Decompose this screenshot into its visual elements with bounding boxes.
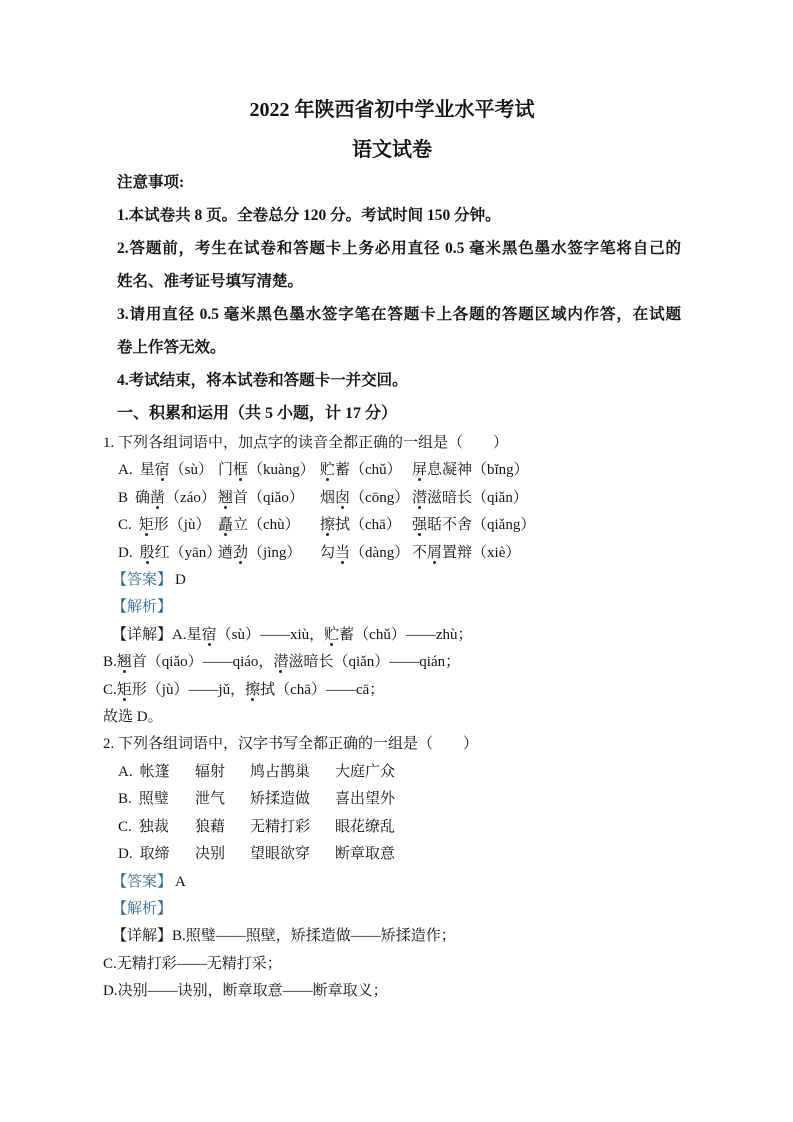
notice-section: 注意事项: 1.本试卷共 8 页。全卷总分 120 分。考试时间 150 分钟。… — [103, 166, 681, 397]
option-term: 不屑置辩（xiè） — [412, 540, 520, 567]
option-term: 决别 — [195, 841, 250, 868]
q1-option-row-d: D.殷红（yān）遒劲（jìng）勾当（dàng）不屑置辩（xiè） — [103, 540, 681, 567]
notice-line: 2.答题前，考生在试卷和答题卡上务必用直径 0.5 毫米黑色墨水签字笔将自己的 — [117, 232, 681, 265]
option-term: 强聒不舍（qiǎng） — [412, 512, 535, 539]
analysis-label: 【解析】 — [112, 599, 172, 615]
analysis-label: 【解析】 — [112, 901, 172, 917]
detail-text: D.决别——诀别，断章取意——断章取义； — [103, 983, 388, 999]
option-term: 矗立（chù） — [218, 512, 320, 539]
q1-detail-line: B.翘首（qiǎo）——qiáo，潜滋暗长（qiǎn）——qián； — [103, 649, 681, 676]
section-heading: 一、积累和运用（共 5 小题，计 17 分） — [103, 397, 681, 430]
q2-detail-line: 【详解】B.照璧——照壁，矫揉造做——矫揉造作； — [103, 923, 681, 950]
option-term: 望眼欲穿 — [250, 841, 335, 868]
option-label: D. — [118, 846, 133, 862]
option-term: 星宿（sù） — [140, 462, 213, 478]
detail-text: B.照璧——照壁，矫揉造做——矫揉造作； — [172, 928, 456, 944]
q1-analysis-line: 【解析】 — [103, 594, 681, 621]
option-term: 矫揉造做 — [250, 786, 335, 813]
q2-option-row-b: B.照璧泄气矫揉造做喜出望外 — [103, 786, 681, 813]
question-2-stem: 2. 下列各组词语中，汉字书写全都正确的一组是（ ） — [103, 731, 681, 758]
option-term: 门框（kuàng） — [218, 457, 320, 484]
option-term: 翘首（qiǎo） — [218, 485, 320, 512]
q1-answer-line: 【答案】D — [103, 567, 681, 594]
option-term: 断章取意 — [335, 841, 395, 868]
option-term: 大庭广众 — [335, 759, 395, 786]
q1-conclusion-line: 故选 D。 — [103, 704, 681, 731]
option-term: 勾当（dàng） — [320, 540, 412, 567]
option-label: C. — [118, 819, 132, 835]
document-page: 2022 年陕西省初中学业水平考试 语文试卷 注意事项: 1.本试卷共 8 页。… — [0, 0, 793, 1122]
question-1-stem: 1. 下列各组词语中，加点字的读音全都正确的一组是（ ） — [103, 430, 681, 457]
option-label: B. — [118, 791, 132, 807]
option-label: A. — [118, 764, 133, 780]
notice-line: 4.考试结束，将本试卷和答题卡一并交回。 — [117, 364, 681, 397]
option-term: 烟囱（cōng） — [320, 485, 412, 512]
q1-detail-line: 【详解】A.星宿（sù）——xiù，贮蓄（chǔ）——zhù； — [103, 622, 681, 649]
option-term: 取缔 — [140, 846, 170, 862]
q1-detail-line: C.矩形（jù）——jǔ，擦拭（chā）——cā； — [103, 677, 681, 704]
option-label: B — [118, 490, 128, 506]
option-term: 确凿（záo） — [135, 490, 216, 506]
notice-heading: 注意事项: — [117, 166, 681, 199]
q2-analysis-line: 【解析】 — [103, 896, 681, 923]
detail-text: C.矩形（jù）——jǔ，擦拭（chā）——cā； — [103, 682, 384, 698]
answer-value: A — [175, 874, 186, 890]
option-term: 泄气 — [195, 786, 250, 813]
option-term: 贮蓄（chǔ） — [320, 457, 412, 484]
notice-line: 1.本试卷共 8 页。全卷总分 120 分。考试时间 150 分钟。 — [117, 199, 681, 232]
q2-answer-line: 【答案】A — [103, 869, 681, 896]
q2-option-row-c: C.独裁狼藉无精打彩眼花缭乱 — [103, 814, 681, 841]
q2-detail-line: D.决别——诀别，断章取意——断章取义； — [103, 978, 681, 1005]
notice-line: 卷上作答无效。 — [117, 331, 681, 364]
option-label: A. — [118, 462, 133, 478]
detail-text: A.星宿（sù）——xiù，贮蓄（chǔ）——zhù； — [172, 627, 472, 643]
option-term: 眼花缭乱 — [335, 814, 395, 841]
option-term: 狼藉 — [195, 814, 250, 841]
detail-text: C.无精打彩——无精打采； — [103, 956, 282, 972]
option-term: 潜滋暗长（qiǎn） — [412, 485, 528, 512]
option-term: 鸠占鹊巢 — [250, 759, 335, 786]
option-term: 帐篷 — [140, 764, 170, 780]
option-label: C. — [118, 517, 132, 533]
detail-tag: 【详解】 — [112, 928, 172, 944]
notice-line: 3.请用直径 0.5 毫米黑色墨水签字笔在答题卡上各题的答题区域内作答，在试题 — [117, 298, 681, 331]
option-term: 擦拭（chā） — [320, 512, 412, 539]
answer-value: D — [175, 572, 186, 588]
detail-tag: 【详解】 — [112, 627, 172, 643]
option-term: 殷红（yān） — [140, 545, 222, 561]
option-term: 无精打彩 — [250, 814, 335, 841]
option-term: 遒劲（jìng） — [218, 540, 320, 567]
notice-line: 姓名、准考证号填写清楚。 — [117, 265, 681, 298]
q2-option-row-a: A.帐篷辐射鸠占鹊巢大庭广众 — [103, 759, 681, 786]
q1-option-row-b: B确凿（záo）翘首（qiǎo）烟囱（cōng）潜滋暗长（qiǎn） — [103, 485, 681, 512]
answer-label: 【答案】 — [112, 874, 172, 890]
answer-label: 【答案】 — [112, 572, 172, 588]
detail-text: B.翘首（qiǎo）——qiáo，潜滋暗长（qiǎn）——qián； — [103, 654, 460, 670]
page-title: 2022 年陕西省初中学业水平考试 — [103, 96, 681, 124]
option-term: 屏息凝神（bǐng） — [412, 457, 529, 484]
q1-option-row-c: C.矩形（jù）矗立（chù）擦拭（chā）强聒不舍（qiǎng） — [103, 512, 681, 539]
q2-detail-line: C.无精打彩——无精打采； — [103, 951, 681, 978]
option-term: 喜出望外 — [335, 786, 395, 813]
option-term: 矩形（jù） — [139, 517, 211, 533]
q2-option-row-d: D.取缔决别望眼欲穿断章取意 — [103, 841, 681, 868]
option-label: D. — [118, 545, 133, 561]
option-term: 辐射 — [195, 759, 250, 786]
q1-option-row-a: A.星宿（sù）门框（kuàng）贮蓄（chǔ）屏息凝神（bǐng） — [103, 457, 681, 484]
option-term: 照璧 — [139, 791, 169, 807]
option-term: 独裁 — [139, 819, 169, 835]
detail-text: 故选 D。 — [103, 709, 163, 725]
paper-subtitle: 语文试卷 — [103, 136, 681, 164]
